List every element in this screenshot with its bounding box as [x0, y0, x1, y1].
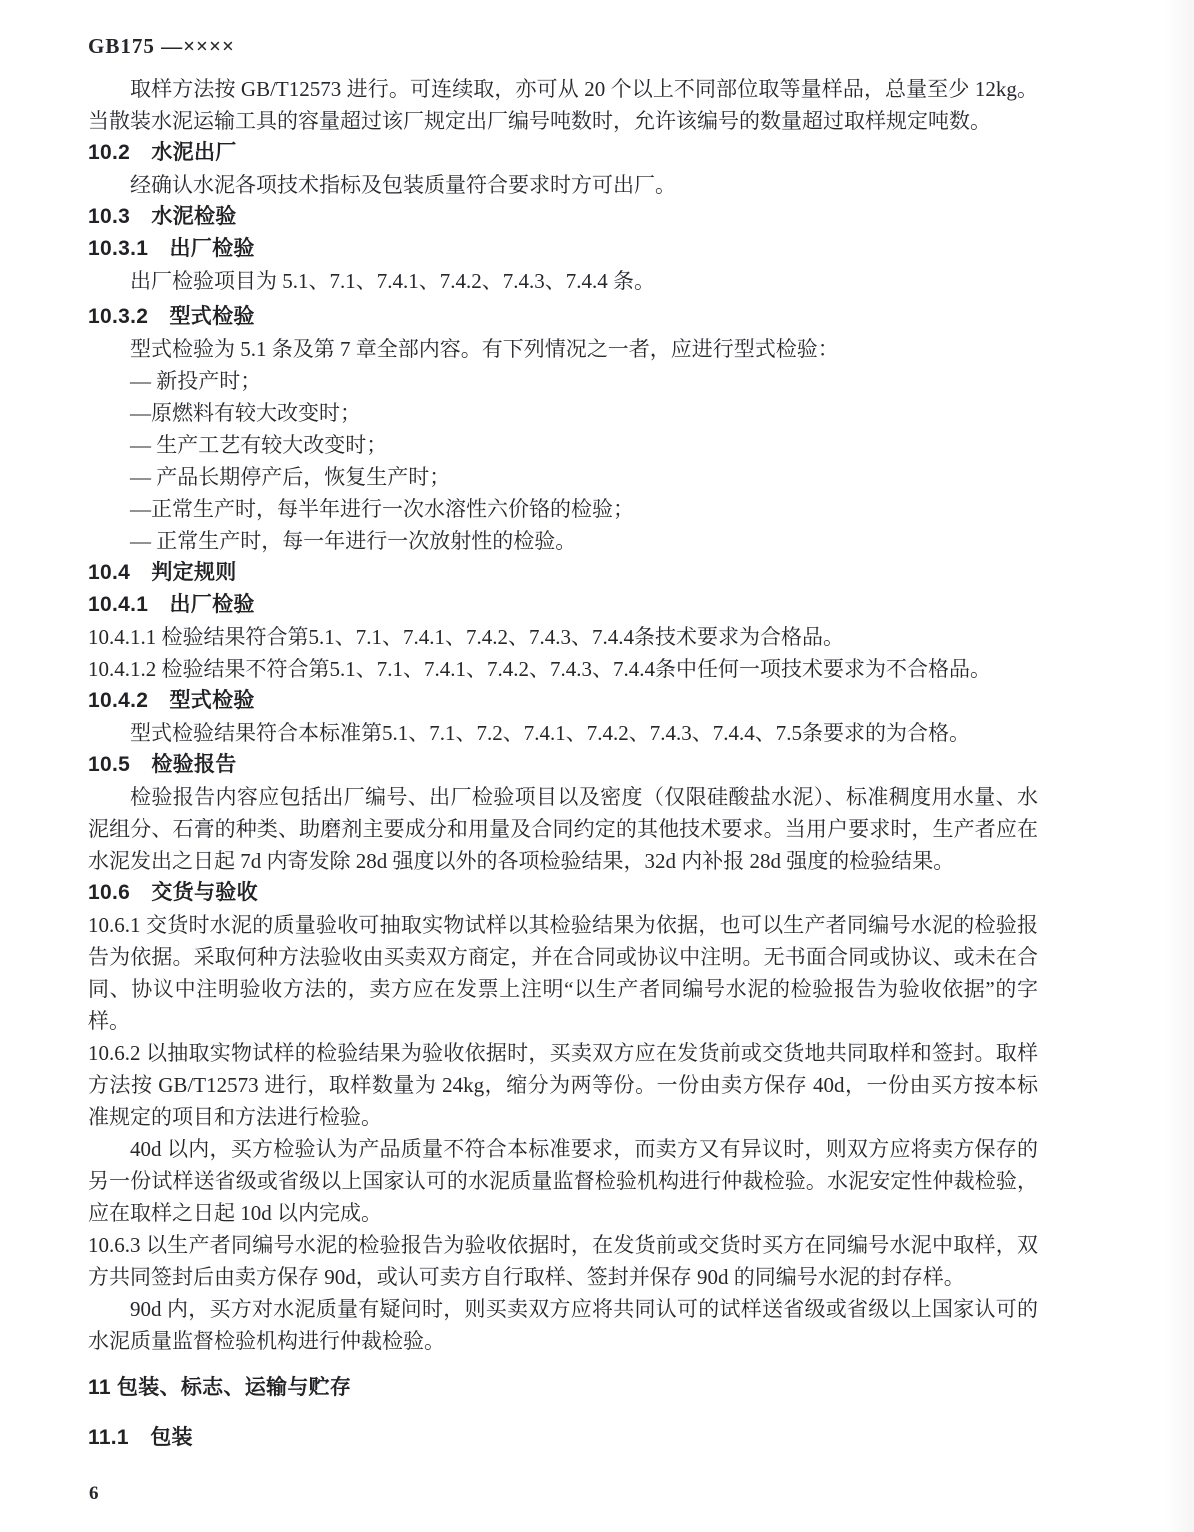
- clause-paragraph: 10.6.2 以抽取实物试样的检验结果为验收依据时，买卖双方应在发货前或交货地共…: [88, 1037, 1038, 1133]
- scan-edge-shading: [1164, 0, 1194, 1532]
- page-number: 6: [89, 1482, 99, 1506]
- section-heading: 10.4.1 出厂检验: [88, 589, 1038, 621]
- body-paragraph: 出厂检验项目为 5.1、7.1、7.4.1、7.4.2、7.4.3、7.4.4 …: [88, 265, 1038, 297]
- section-heading: 10.2 水泥出厂: [88, 137, 1038, 169]
- section-heading: 10.6 交货与验收: [88, 877, 1038, 909]
- chapter-heading: 11 包装、标志、运输与贮存: [88, 1372, 1038, 1404]
- section-heading: 10.4.2 型式检验: [88, 685, 1038, 717]
- scanned-standard-page: GB175 —×××× 取样方法按 GB/T12573 进行。可连续取，亦可从 …: [0, 0, 1194, 1532]
- section-heading: 10.5 检验报告: [88, 749, 1038, 781]
- dash-list-item: — 生产工艺有较大改变时；: [88, 429, 1038, 461]
- page-content: GB175 —×××× 取样方法按 GB/T12573 进行。可连续取，亦可从 …: [88, 30, 1038, 1454]
- standard-code-header: GB175 —××××: [88, 30, 1038, 62]
- section-heading: 10.3.1 出厂检验: [88, 233, 1038, 265]
- document-body: 取样方法按 GB/T12573 进行。可连续取，亦可从 20 个以上不同部位取等…: [88, 73, 1038, 1454]
- clause-paragraph: 10.4.1.1 检验结果符合第5.1、7.1、7.4.1、7.4.2、7.4.…: [88, 621, 1038, 653]
- body-paragraph: 取样方法按 GB/T12573 进行。可连续取，亦可从 20 个以上不同部位取等…: [88, 73, 1038, 137]
- clause-paragraph: 10.6.3 以生产者同编号水泥的检验报告为验收依据时，在发货前或交货时买方在同…: [88, 1229, 1038, 1293]
- dash-list-item: — 正常生产时，每一年进行一次放射性的检验。: [88, 525, 1038, 557]
- clause-paragraph: 10.4.1.2 检验结果不符合第5.1、7.1、7.4.1、7.4.2、7.4…: [88, 653, 1038, 685]
- dash-list-item: — 产品长期停产后，恢复生产时；: [88, 461, 1038, 493]
- section-heading: 10.3 水泥检验: [88, 201, 1038, 233]
- body-paragraph: 型式检验为 5.1 条及第 7 章全部内容。有下列情况之一者，应进行型式检验：: [88, 333, 1038, 365]
- section-heading: 10.3.2 型式检验: [88, 301, 1038, 333]
- section-heading: 10.4 判定规则: [88, 557, 1038, 589]
- clause-paragraph: 10.6.1 交货时水泥的质量验收可抽取实物试样以其检验结果为依据，也可以生产者…: [88, 909, 1038, 1037]
- dash-list-item: —原燃料有较大改变时；: [88, 397, 1038, 429]
- section-heading: 11.1 包装: [88, 1422, 1038, 1454]
- dash-list-item: —正常生产时，每半年进行一次水溶性六价铬的检验；: [88, 493, 1038, 525]
- body-paragraph: 型式检验结果符合本标准第5.1、7.1、7.2、7.4.1、7.4.2、7.4.…: [88, 717, 1038, 749]
- dash-list-item: — 新投产时；: [88, 365, 1038, 397]
- body-paragraph: 90d 内，买方对水泥质量有疑问时，则买卖双方应将共同认可的试样送省级或省级以上…: [88, 1293, 1038, 1357]
- body-paragraph: 40d 以内，买方检验认为产品质量不符合本标准要求，而卖方又有异议时，则双方应将…: [88, 1133, 1038, 1229]
- body-paragraph: 检验报告内容应包括出厂编号、出厂检验项目以及密度（仅限硅酸盐水泥）、标准稠度用水…: [88, 781, 1038, 877]
- body-paragraph: 经确认水泥各项技术指标及包装质量符合要求时方可出厂。: [88, 169, 1038, 201]
